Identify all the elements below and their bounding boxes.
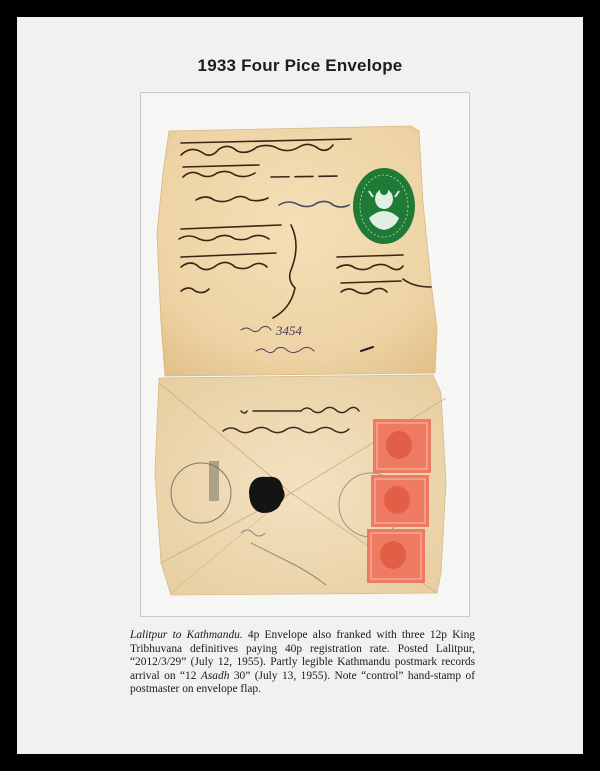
caption-month: Asadh xyxy=(201,670,229,682)
svg-text:3454: 3454 xyxy=(275,323,303,338)
exhibit-page: 1933 Four Pice Envelope xyxy=(17,17,583,754)
envelope-back xyxy=(155,375,446,595)
caption: Lalitpur to Kathmandu. 4p Envelope also … xyxy=(130,629,475,697)
stamp-2 xyxy=(371,475,429,527)
envelope-photo-frame: 3454 xyxy=(140,92,470,617)
stamp-strip xyxy=(367,419,431,583)
stamp-3 xyxy=(367,529,425,583)
envelope-front: 3454 xyxy=(157,126,437,376)
stamp-1 xyxy=(373,419,431,473)
envelope-image: 3454 xyxy=(141,93,471,618)
indicium-stamp xyxy=(353,168,415,244)
caption-lead: Lalitpur to Kathmandu. xyxy=(130,629,243,641)
page-title: 1933 Four Pice Envelope xyxy=(17,56,583,76)
